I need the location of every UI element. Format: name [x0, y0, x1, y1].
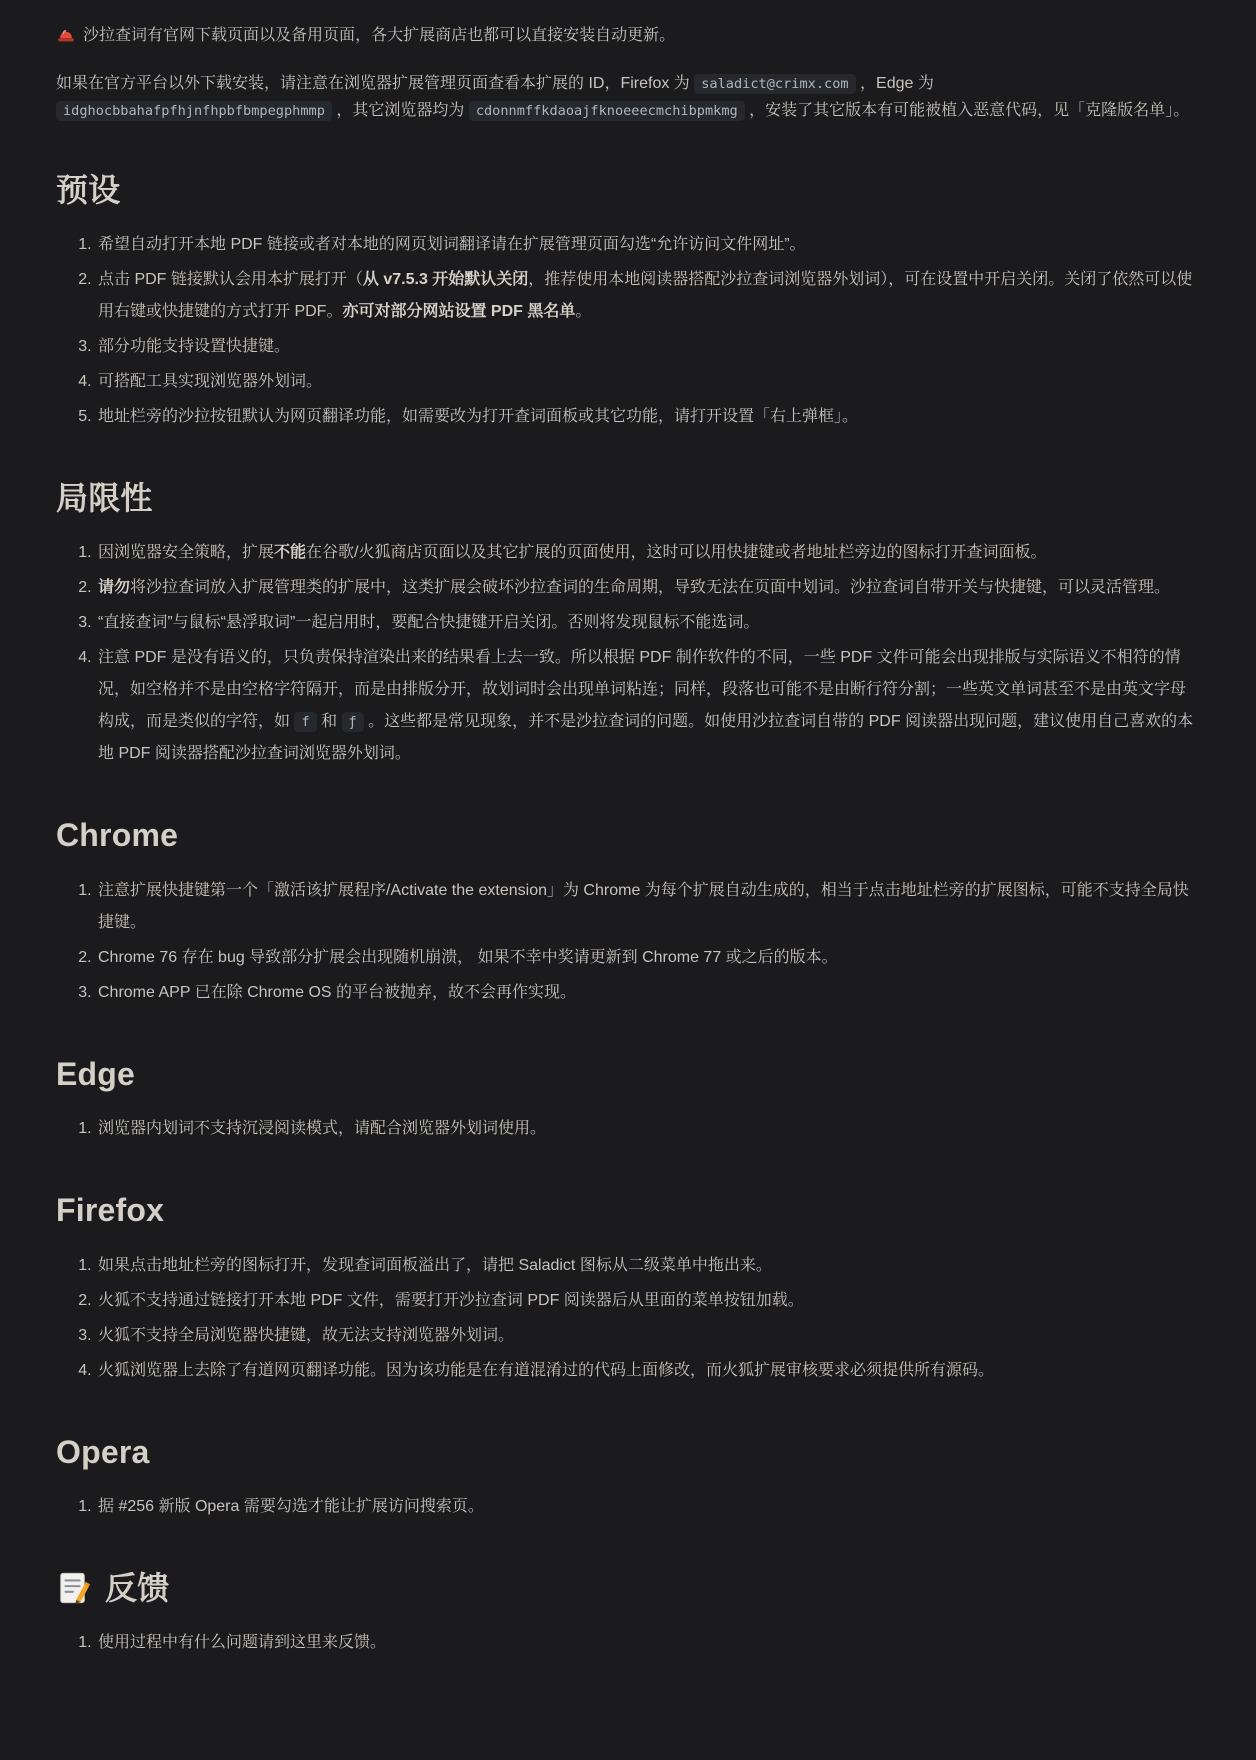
list-item: Chrome APP 已在除 Chrome OS 的平台被抛弃，故不会再作实现。: [96, 977, 1200, 1009]
text-run: “直接查词”与鼠标“悬浮取词”一起启用时，要配合快捷键开启关闭。否则将发现鼠标不…: [98, 614, 759, 631]
clone-list-link[interactable]: 克隆版名单: [1085, 102, 1165, 119]
list-item: 火狐不支持全局浏览器快捷键，故无法支持浏览器外划词。: [96, 1320, 1200, 1352]
section-heading-presets: 预设: [56, 171, 1200, 209]
text-run: 以及: [259, 27, 291, 44]
list-item: 希望自动打开本地 PDF 链接或者对本地的网页划词翻译请在扩展管理页面勾选“允许…: [96, 229, 1200, 261]
text-run: 注意扩展快捷键第一个「激活该扩展程序/Activate the extensio…: [98, 882, 1189, 931]
text-run: Chrome APP 已在除 Chrome OS 的平台被抛弃，故不会再作实现。: [98, 984, 576, 1001]
install-warning-paragraph: 如果在官方平台以外下载安装，请注意在浏览器扩展管理页面查看本扩展的 ID，Fir…: [56, 70, 1200, 125]
list-item: 可搭配工具实现浏览器外划词。: [96, 366, 1200, 398]
section-title-text: Edge: [56, 1055, 135, 1093]
section-title-text: Firefox: [56, 1191, 164, 1229]
text-run: 火狐不支持全局浏览器快捷键，故无法支持浏览器外划词。: [98, 1327, 514, 1344]
bold-text: 从 v7.5.3 开始默认关闭: [363, 271, 528, 288]
text-run: 火狐不支持通过链接打开本地 PDF 文件，需要打开沙拉查词 PDF 阅读器后从里…: [98, 1292, 804, 1309]
feedback-here-link[interactable]: 这里: [290, 1634, 322, 1651]
list-item: 注意 PDF 是没有语义的，只负责保持渲染出来的结果看上去一致。所以根据 PDF…: [96, 642, 1200, 770]
text-run: Chrome 76 存在 bug 导致部分扩展会出现随机崩溃， 如果不幸中奖请更…: [98, 949, 838, 966]
section-list-limitations: 因浏览器安全策略，扩展不能在谷歌/火狐商店页面以及其它扩展的页面使用，这时可以用…: [56, 537, 1200, 770]
siren-icon: [56, 24, 76, 44]
section-heading-opera: Opera: [56, 1433, 1200, 1471]
text-run: 在谷歌/火狐商店页面以及其它扩展的页面使用，这时可以用快捷键或者地址栏旁边的图标…: [306, 544, 1046, 561]
official-download-link[interactable]: 官网下载页面: [163, 27, 259, 44]
text-run: 实现浏览器外划词。: [178, 373, 322, 390]
section-title-text: Chrome: [56, 816, 178, 854]
section-heading-edge: Edge: [56, 1055, 1200, 1093]
text-run: ，安装了其它版本有可能被植入恶意代码，见「: [745, 102, 1085, 119]
list-item: 注意扩展快捷键第一个「激活该扩展程序/Activate the extensio…: [96, 875, 1200, 939]
list-item: 据 #256 新版 Opera 需要勾选才能让扩展访问搜索页。: [96, 1491, 1200, 1523]
text-run: 将沙拉查词放入扩展管理类的扩展中，这类扩展会破坏沙拉查词的生命周期，导致无法在页…: [130, 579, 1170, 596]
inline-code: cdonnmffkdaoajfknoeeecmchibpmkmg: [469, 101, 745, 121]
text-run: 可搭配: [98, 373, 146, 390]
text-run: ，各大扩展商店也都可以直接安装自动更新。: [355, 27, 675, 44]
section-list-opera: 据 #256 新版 Opera 需要勾选才能让扩展访问搜索页。: [56, 1491, 1200, 1523]
memo-icon: [56, 1571, 90, 1605]
list-item: 因浏览器安全策略，扩展不能在谷歌/火狐商店页面以及其它扩展的页面使用，这时可以用…: [96, 537, 1200, 569]
issue-256-link[interactable]: #256: [118, 1498, 154, 1515]
text-run: 新版 Opera 需要勾选才能让扩展访问搜索页。: [154, 1498, 484, 1515]
section-heading-limitations: 局限性: [56, 479, 1200, 517]
text-run: 希望自动打开本地 PDF 链接或者对本地的网页划词翻译请在扩展管理页面勾选“允许…: [98, 236, 806, 253]
section-list-edge: 浏览器内划词不支持沉浸阅读模式，请配合浏览器外划词使用。: [56, 1113, 1200, 1145]
alert-paragraph: 沙拉查词有官网下载页面以及备用页面，各大扩展商店也都可以直接安装自动更新。: [56, 22, 1200, 50]
list-item: 使用过程中有什么问题请到这里来反馈。: [96, 1627, 1200, 1659]
section-list-chrome: 注意扩展快捷键第一个「激活该扩展程序/Activate the extensio…: [56, 875, 1200, 1009]
tools-link[interactable]: 工具: [146, 373, 178, 390]
intro: 沙拉查词有官网下载页面以及备用页面，各大扩展商店也都可以直接安装自动更新。如果在…: [56, 22, 1200, 125]
text-run: 点击 PDF 链接默认会用本扩展打开（: [98, 271, 363, 288]
section-heading-chrome: Chrome: [56, 816, 1200, 854]
readme-content: 沙拉查词有官网下载页面以及备用页面，各大扩展商店也都可以直接安装自动更新。如果在…: [56, 22, 1200, 1659]
backup-page-link[interactable]: 备用页面: [291, 27, 355, 44]
section-title-text: Opera: [56, 1433, 149, 1471]
section-chrome: Chrome注意扩展快捷键第一个「激活该扩展程序/Activate the ex…: [56, 816, 1200, 1008]
section-presets: 预设希望自动打开本地 PDF 链接或者对本地的网页划词翻译请在扩展管理页面勾选“…: [56, 171, 1200, 433]
section-list-presets: 希望自动打开本地 PDF 链接或者对本地的网页划词翻译请在扩展管理页面勾选“允许…: [56, 229, 1200, 433]
section-firefox: Firefox如果点击地址栏旁的图标打开，发现查词面板溢出了，请把 Saladi…: [56, 1191, 1200, 1386]
inline-code: ƒ: [342, 712, 364, 732]
text-run: ，其它浏览器均为: [332, 102, 469, 119]
text-run: 如果点击地址栏旁的图标打开，发现查词面板溢出了，请把 Saladict 图标从二…: [98, 1257, 772, 1274]
section-title-text: 局限性: [56, 479, 153, 517]
text-run: 来反馈。: [322, 1634, 386, 1651]
text-run: 部分功能支持设置快捷键。: [98, 338, 290, 355]
section-title-text: 反馈: [105, 1569, 169, 1607]
list-item: 火狐浏览器上去除了有道网页翻译功能。因为该功能是在有道混淆过的代码上面修改，而火…: [96, 1355, 1200, 1387]
list-item: 部分功能支持设置快捷键。: [96, 331, 1200, 363]
section-heading-feedback: 反馈: [56, 1569, 1200, 1607]
section-feedback: 反馈使用过程中有什么问题请到这里来反馈。: [56, 1569, 1200, 1659]
inline-code: saladict@crimx.com: [694, 74, 855, 94]
text-run: 和: [317, 713, 342, 730]
text-run: 」。: [1165, 102, 1189, 119]
section-list-firefox: 如果点击地址栏旁的图标打开，发现查词面板溢出了，请把 Saladict 图标从二…: [56, 1250, 1200, 1387]
inline-code: idghocbbahafpfhjnfhpbfbmpegphmmp: [56, 101, 332, 121]
inline-code: f: [294, 712, 316, 732]
list-item: 点击 PDF 链接默认会用本扩展打开（从 v7.5.3 开始默认关闭，推荐使用本…: [96, 264, 1200, 328]
section-opera: Opera据 #256 新版 Opera 需要勾选才能让扩展访问搜索页。: [56, 1433, 1200, 1523]
section-edge: Edge浏览器内划词不支持沉浸阅读模式，请配合浏览器外划词使用。: [56, 1055, 1200, 1145]
text-run: 如果在官方平台以外下载安装，请注意在浏览器扩展管理页面查看本扩展的 ID，Fir…: [56, 75, 694, 92]
text-run: 火狐浏览器上去除了有道网页翻译功能。因为该功能是在有道混淆过的代码上面修改，而火…: [98, 1362, 994, 1379]
list-item: 浏览器内划词不支持沉浸阅读模式，请配合浏览器外划词使用。: [96, 1113, 1200, 1145]
list-item: 如果点击地址栏旁的图标打开，发现查词面板溢出了，请把 Saladict 图标从二…: [96, 1250, 1200, 1282]
list-item: 地址栏旁的沙拉按钮默认为网页翻译功能，如需要改为打开查词面板或其它功能，请打开设…: [96, 401, 1200, 433]
section-list-feedback: 使用过程中有什么问题请到这里来反馈。: [56, 1627, 1200, 1659]
text-run: 地址栏旁的沙拉按钮默认为网页翻译功能，如需要改为打开查词面板或其它功能，请打开设…: [98, 408, 858, 425]
text-run: 沙拉查词有: [83, 27, 163, 44]
text-run: 因浏览器安全策略，扩展: [98, 544, 274, 561]
text-run: 浏览器内划词不支持沉浸阅读模式，请配合浏览器外划词使用。: [98, 1120, 546, 1137]
list-item: “直接查词”与鼠标“悬浮取词”一起启用时，要配合快捷键开启关闭。否则将发现鼠标不…: [96, 607, 1200, 639]
text-run: 使用过程中有什么问题请到: [98, 1634, 290, 1651]
section-limitations: 局限性因浏览器安全策略，扩展不能在谷歌/火狐商店页面以及其它扩展的页面使用，这时…: [56, 479, 1200, 770]
text-run: 据: [98, 1498, 118, 1515]
section-title-text: 预设: [56, 171, 120, 209]
text-run: ，Edge 为: [856, 75, 934, 92]
list-item: 火狐不支持通过链接打开本地 PDF 文件，需要打开沙拉查词 PDF 阅读器后从里…: [96, 1285, 1200, 1317]
sections: 预设希望自动打开本地 PDF 链接或者对本地的网页划词翻译请在扩展管理页面勾选“…: [56, 171, 1200, 1660]
bold-text: 亦可对部分网站设置 PDF 黑名单: [342, 303, 575, 320]
section-heading-firefox: Firefox: [56, 1191, 1200, 1229]
list-item: Chrome 76 存在 bug 导致部分扩展会出现随机崩溃， 如果不幸中奖请更…: [96, 942, 1200, 974]
list-item: 请勿将沙拉查词放入扩展管理类的扩展中，这类扩展会破坏沙拉查词的生命周期，导致无法…: [96, 572, 1200, 604]
bold-text: 不能: [274, 544, 306, 561]
bold-text: 请勿: [98, 579, 130, 596]
text-run: 。: [575, 303, 591, 320]
